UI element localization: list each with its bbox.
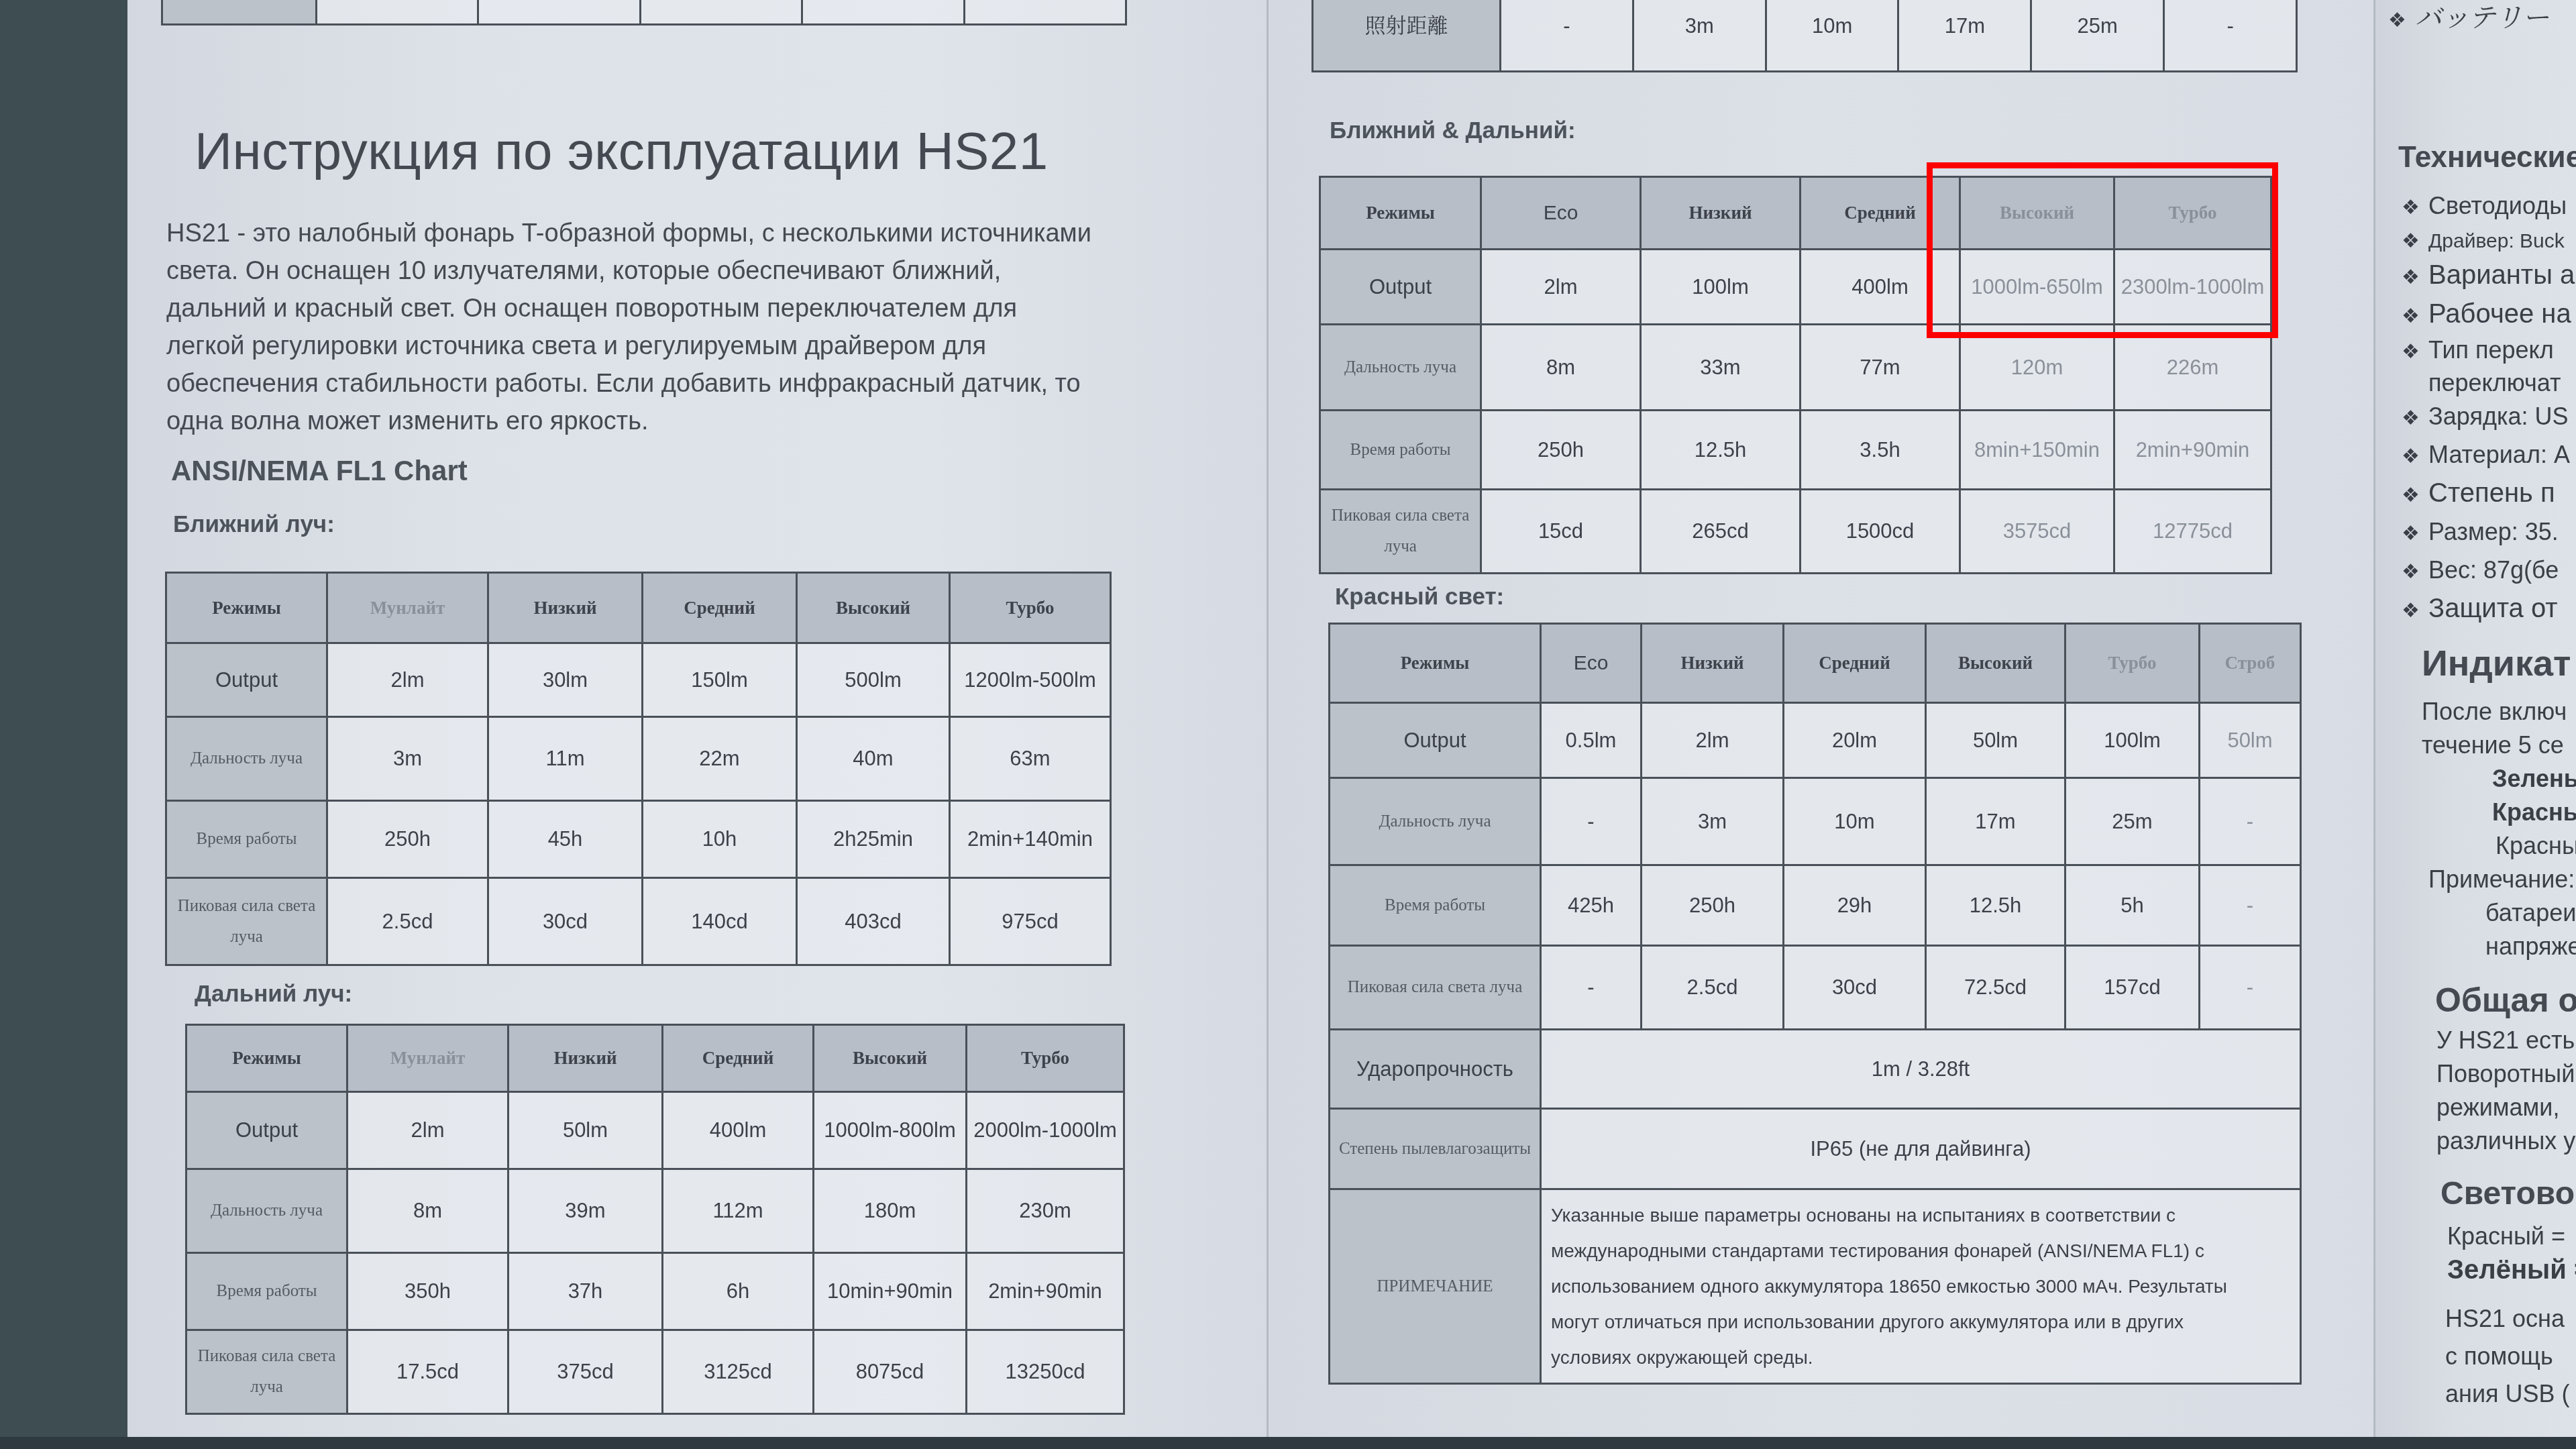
table-cell: 180m xyxy=(814,1169,967,1253)
indicator-section: После включ течение 5 се Зелены Красны К… xyxy=(2422,695,2576,963)
general-line: У HS21 есть xyxy=(2436,1024,2575,1057)
row-header: Output xyxy=(1330,703,1541,778)
table-cell: 150lm xyxy=(643,643,797,717)
row-header: Дальность луча xyxy=(1330,778,1541,865)
row-header: Время работы xyxy=(1320,411,1481,490)
table-row: Пиковая сила света луча 2.5cd 30cd 140cd… xyxy=(166,878,1111,965)
table-cell: 375cd xyxy=(508,1330,663,1414)
table-cell: 25m xyxy=(2065,778,2200,865)
diamond-bullet-icon: ❖ xyxy=(2388,3,2415,39)
spec-item: ❖Рабочее на xyxy=(2402,296,2575,335)
row-header: Пиковая сила света луча xyxy=(1320,490,1481,574)
row-header: Дальность луча xyxy=(166,717,327,801)
row-header: Пиковая сила света луча xyxy=(186,1330,347,1414)
column-header: Средний xyxy=(663,1025,814,1092)
column-header: Режимы xyxy=(166,573,327,643)
table-row: Дальность луча 3m 11m 22m 40m 63m xyxy=(166,717,1111,801)
table-cell: 72.5cd xyxy=(1926,946,2065,1030)
column-header: Средний xyxy=(1784,624,1926,703)
table-row: Дальность луча - 3m 10m 17m 25m - xyxy=(1330,778,2301,865)
charging-line: с помощь xyxy=(2445,1338,2570,1375)
table-cell: 500lm xyxy=(797,643,950,717)
table-cell: 157cd xyxy=(2065,946,2200,1030)
table-cell: 100lm xyxy=(1641,250,1801,325)
row-header: Output xyxy=(166,643,327,717)
table-cell: - xyxy=(1541,946,1642,1030)
table-cell: 15cd xyxy=(1481,490,1641,574)
chart-heading: ANSI/NEMA FL1 Chart xyxy=(171,455,468,487)
table-row: Время работы 425h 250h 29h 12.5h 5h - xyxy=(1330,865,2301,946)
table-row: Ударопрочность 1m / 3.28ft xyxy=(1330,1030,2301,1109)
note-line: Указанные выше параметры основаны на исп… xyxy=(1551,1197,2290,1233)
table-cell: 1m / 3.28ft xyxy=(1541,1030,2301,1109)
row-header: ПРИМЕЧАНИЕ xyxy=(1330,1189,1541,1384)
table-cell: 250h xyxy=(1481,411,1641,490)
note-cell: Указанные выше параметры основаны на исп… xyxy=(1541,1189,2301,1384)
diamond-bullet-icon: ❖ xyxy=(2402,260,2428,296)
row-header: Дальность луча xyxy=(186,1169,347,1253)
column-header: Мунлайт xyxy=(347,1025,508,1092)
near-far-heading: Ближний & Дальний: xyxy=(1330,117,1576,144)
table-cell: 20lm xyxy=(1784,703,1926,778)
table-cell: 403cd xyxy=(797,878,950,965)
row-header: Пиковая сила света луча xyxy=(166,878,327,965)
intro-line: обеспечения стабильности работы. Если до… xyxy=(166,365,1173,402)
table-cell: 3m xyxy=(1642,778,1784,865)
intro-line: одна волна может изменить его яркость. xyxy=(166,402,1173,440)
table-cell: 8min+150min xyxy=(1960,411,2114,490)
diamond-bullet-icon: ❖ xyxy=(2402,478,2428,514)
spec-item: ❖Защита от xyxy=(2402,590,2575,629)
near-beam-table: Режимы Мунлайт Низкий Средний Высокий Ту… xyxy=(165,572,1112,966)
column-header: Низкий xyxy=(488,573,643,643)
red-light-table: Режимы Eco Низкий Средний Высокий Турбо … xyxy=(1328,623,2302,1385)
column-header: Eco xyxy=(1541,624,1642,703)
fold-line xyxy=(2373,0,2375,1449)
table-cell: 33m xyxy=(1641,325,1801,411)
table-cell: 3m xyxy=(1633,0,1766,72)
indicator-line: Красны xyxy=(2422,796,2576,829)
table-cell: 12.5h xyxy=(1926,865,2065,946)
intro-line: света. Он оснащен 10 излучателями, котор… xyxy=(166,252,1173,290)
table-cell: 2min+140min xyxy=(950,801,1111,878)
spec-item: ❖Варианты а xyxy=(2402,257,2575,296)
table-cell: 50lm xyxy=(2200,703,2301,778)
table-surface xyxy=(0,1437,2576,1449)
table-cell: IP65 (не для дайвинга) xyxy=(1541,1109,2301,1189)
table-row: Время работы 350h 37h 6h 10min+90min 2mi… xyxy=(186,1253,1124,1330)
diamond-bullet-icon: ❖ xyxy=(2402,593,2428,629)
diamond-bullet-icon: ❖ xyxy=(2402,554,2428,590)
table-cell: 2.5cd xyxy=(1642,946,1784,1030)
table-cell: 10m xyxy=(1784,778,1926,865)
indicator-line: После включ xyxy=(2422,695,2576,729)
table-cell: 17m xyxy=(1926,778,2065,865)
column-header: Низкий xyxy=(1641,177,1801,250)
row-header: Время работы xyxy=(166,801,327,878)
general-heading: Общая о xyxy=(2435,981,2576,1020)
battery-bullet: ❖バッテリー xyxy=(2388,0,2549,39)
diamond-bullet-icon: ❖ xyxy=(2402,226,2428,257)
table-cell: 30cd xyxy=(1784,946,1926,1030)
note-line: могут отличаться при использовании друго… xyxy=(1551,1304,2290,1340)
table-cell: 10min+90min xyxy=(814,1253,967,1330)
far-right-content: ❖バッテリー Технические ❖Светодиоды ❖Драйвер:… xyxy=(2388,0,2576,1449)
table-row: Пиковая сила света луча 15cd 265cd 1500c… xyxy=(1320,490,2271,574)
table-cell: 2000lm-1000lm xyxy=(967,1092,1124,1169)
charging-section: HS21 осна с помощь ания USB ( xyxy=(2445,1300,2570,1413)
specs-list: ❖Светодиоды ❖Драйвер: Buck ❖Варианты а ❖… xyxy=(2402,188,2575,629)
diamond-bullet-icon: ❖ xyxy=(2402,337,2428,368)
spec-item: ❖Драйвер: Buck xyxy=(2402,226,2575,257)
table-cell: 30cd xyxy=(488,878,643,965)
column-header: Турбо xyxy=(950,573,1111,643)
table-cell: 50lm xyxy=(508,1092,663,1169)
diamond-bullet-icon: ❖ xyxy=(2402,190,2428,226)
table-cell: 140cd xyxy=(643,878,797,965)
table-cell: - xyxy=(2200,865,2301,946)
column-header: Высокий xyxy=(797,573,950,643)
near-beam-heading: Ближний луч: xyxy=(173,511,335,538)
row-header: Время работы xyxy=(1330,865,1541,946)
table-cell: - xyxy=(2200,946,2301,1030)
table-cell: 112m xyxy=(663,1169,814,1253)
column-header: Режимы xyxy=(186,1025,347,1092)
table-cell: - xyxy=(2164,0,2297,72)
row-header: Дальность луча xyxy=(1320,325,1481,411)
table-row: Output 2lm 50lm 400lm 1000lm-800lm 2000l… xyxy=(186,1092,1124,1169)
table-cell: 8m xyxy=(1481,325,1641,411)
table-cell: 400lm xyxy=(663,1092,814,1169)
row-header: Output xyxy=(186,1092,347,1169)
indicator-line: течение 5 се xyxy=(2422,729,2576,762)
table-cell: - xyxy=(2200,778,2301,865)
specs-heading: Технические xyxy=(2398,141,2576,174)
table-cell: 2lm xyxy=(327,643,488,717)
table-row: Дальность луча 8m 39m 112m 180m 230m xyxy=(186,1169,1124,1253)
table-cell: 25m xyxy=(2031,0,2164,72)
row-header: 照射距離 xyxy=(1313,0,1501,72)
table-cell: 8075cd xyxy=(814,1330,967,1414)
table-row: Output 2lm 30lm 150lm 500lm 1200lm-500lm xyxy=(166,643,1111,717)
intro-line: дальний и красный свет. Он оснащен повор… xyxy=(166,290,1173,327)
indicator-line: батареи xyxy=(2422,896,2576,930)
table-cell: 63m xyxy=(950,717,1111,801)
note-line: международными стандартами тестирования … xyxy=(1551,1233,2290,1269)
table-cell: 22m xyxy=(643,717,797,801)
table-cell: 350h xyxy=(347,1253,508,1330)
far-beam-table: Режимы Мунлайт Низкий Средний Высокий Ту… xyxy=(185,1024,1125,1415)
spec-item: ❖Размер: 35. xyxy=(2402,514,2575,552)
table-row: Пиковая сила света луча - 2.5cd 30cd 72.… xyxy=(1330,946,2301,1030)
indicator-heading: Индикат xyxy=(2422,643,2571,684)
table-cell: 1000lm-800lm xyxy=(814,1092,967,1169)
spec-item: ❖Тип перекл xyxy=(2402,335,2575,368)
row-header: Ударопрочность xyxy=(1330,1030,1541,1109)
column-header: Высокий xyxy=(814,1025,967,1092)
table-cell: 40m xyxy=(797,717,950,801)
row-header: Пиковая сила света луча xyxy=(1330,946,1541,1030)
table-cell: 1500cd xyxy=(1801,490,1960,574)
general-section: У HS21 есть Поворотный режимами, различн… xyxy=(2436,1024,2575,1158)
fold-line xyxy=(1267,0,1269,1449)
table-cell: 12.5h xyxy=(1641,411,1801,490)
light-line: Красный = xyxy=(2447,1220,2576,1253)
light-heading: Световой xyxy=(2440,1175,2576,1212)
column-header: Средний xyxy=(643,573,797,643)
spec-item: ❖Степень п xyxy=(2402,475,2575,514)
general-line: Поворотный xyxy=(2436,1057,2575,1091)
column-header: Турбо xyxy=(2065,624,2200,703)
table-cell: 2lm xyxy=(1642,703,1784,778)
charging-line: ания USB ( xyxy=(2445,1375,2570,1413)
column-header: Режимы xyxy=(1320,177,1481,250)
table-cell: 230m xyxy=(967,1169,1124,1253)
table-cell: 1200lm-500lm xyxy=(950,643,1111,717)
table-cell: 30lm xyxy=(488,643,643,717)
table-cell: 2min+90min xyxy=(967,1253,1124,1330)
table-cell: 2.5cd xyxy=(327,878,488,965)
highlight-box xyxy=(1927,162,2278,338)
column-header: Высокий xyxy=(1926,624,2065,703)
table-row: ПРИМЕЧАНИЕ Указанные выше параметры осно… xyxy=(1330,1189,2301,1384)
table-cell: 5h xyxy=(2065,865,2200,946)
table-cell: 10h xyxy=(643,801,797,878)
intro-line: HS21 - это налобный фонарь T-образной фо… xyxy=(166,215,1173,252)
table-row: Output 0.5lm 2lm 20lm 50lm 100lm 50lm xyxy=(1330,703,2301,778)
table-cell: 265cd xyxy=(1641,490,1801,574)
table-cell: 13250cd xyxy=(967,1330,1124,1414)
table-cell: 2lm xyxy=(1481,250,1641,325)
table-cell: 3m xyxy=(327,717,488,801)
table-cell: 17m xyxy=(1898,0,2031,72)
red-light-heading: Красный свет: xyxy=(1335,584,1504,610)
note-line: использованием одного аккумулятора 18650… xyxy=(1551,1269,2290,1304)
column-header: Мунлайт xyxy=(327,573,488,643)
diamond-bullet-icon: ❖ xyxy=(2402,516,2428,552)
jp-range-row: 照射距離 - 3m 10m 17m 25m - xyxy=(1311,0,2298,72)
table-row: Время работы 250h 45h 10h 2h25min 2min+1… xyxy=(166,801,1111,878)
table-cell: 0.5lm xyxy=(1541,703,1642,778)
column-header: Eco xyxy=(1481,177,1641,250)
diamond-bullet-icon: ❖ xyxy=(2402,439,2428,475)
page-title: Инструкция по эксплуатации HS21 xyxy=(195,121,1049,182)
column-header: Строб xyxy=(2200,624,2301,703)
table-cell: 45h xyxy=(488,801,643,878)
spec-item: ❖Зарядка: US xyxy=(2402,398,2575,437)
charging-line: HS21 осна xyxy=(2445,1300,2570,1338)
diamond-bullet-icon: ❖ xyxy=(2402,299,2428,335)
row-header: Output xyxy=(1320,250,1481,325)
table-row: Время работы 250h 12.5h 3.5h 8min+150min… xyxy=(1320,411,2271,490)
table-cell: 29h xyxy=(1784,865,1926,946)
diamond-bullet-icon: ❖ xyxy=(2402,400,2428,437)
intro-paragraph: HS21 - это налобный фонарь T-образной фо… xyxy=(166,215,1173,440)
spec-item-continued: переключат xyxy=(2402,368,2575,398)
table-cell: 17.5cd xyxy=(347,1330,508,1414)
table-cell: - xyxy=(1501,0,1633,72)
table-row: Степень пылевлагозащиты IP65 (не для дай… xyxy=(1330,1109,2301,1189)
indicator-line: Примечание: xyxy=(2422,863,2576,896)
far-beam-heading: Дальний луч: xyxy=(195,981,352,1008)
spec-item: ❖Материал: А xyxy=(2402,437,2575,475)
table-cell: 50lm xyxy=(1926,703,2065,778)
table-cell: - xyxy=(1541,778,1642,865)
table-cell: 8m xyxy=(347,1169,508,1253)
table-cell: 100lm xyxy=(2065,703,2200,778)
spec-item: ❖Вес: 87g(бе xyxy=(2402,552,2575,590)
column-header: Турбо xyxy=(967,1025,1124,1092)
table-cell: 425h xyxy=(1541,865,1642,946)
table-cell: 3575cd xyxy=(1960,490,2114,574)
table-cell: 2min+90min xyxy=(2114,411,2271,490)
table-cell: 250h xyxy=(327,801,488,878)
table-cell: 2h25min xyxy=(797,801,950,878)
column-header: Режимы xyxy=(1330,624,1541,703)
table-cell: 3125cd xyxy=(663,1330,814,1414)
general-line: различных у xyxy=(2436,1124,2575,1158)
column-header: Низкий xyxy=(508,1025,663,1092)
row-header: Время работы xyxy=(186,1253,347,1330)
table-cell: 6h xyxy=(663,1253,814,1330)
light-section: Красный = Зелёный = xyxy=(2447,1220,2576,1287)
indicator-line: Красны xyxy=(2422,829,2576,863)
indicator-line: напряже xyxy=(2422,930,2576,963)
table-cell: 975cd xyxy=(950,878,1111,965)
table-cell: 10m xyxy=(1766,0,1898,72)
table-cell: 39m xyxy=(508,1169,663,1253)
light-line: Зелёный = xyxy=(2447,1253,2576,1287)
table-cell: 12775cd xyxy=(2114,490,2271,574)
table-cell: 250h xyxy=(1642,865,1784,946)
spec-item: ❖Светодиоды xyxy=(2402,188,2575,226)
table-cell: 3.5h xyxy=(1801,411,1960,490)
table-row: Пиковая сила света луча 17.5cd 375cd 312… xyxy=(186,1330,1124,1414)
table-cell: 2lm xyxy=(347,1092,508,1169)
row-header: Степень пылевлагозащиты xyxy=(1330,1109,1541,1189)
table-cell: 11m xyxy=(488,717,643,801)
intro-line: легкой регулировки источника света и рег… xyxy=(166,327,1173,365)
column-header: Низкий xyxy=(1642,624,1784,703)
note-line: условиях окружающей среды. xyxy=(1551,1340,2290,1375)
general-line: режимами, xyxy=(2436,1091,2575,1124)
prev-table-remnant xyxy=(161,0,1127,25)
table-cell: 37h xyxy=(508,1253,663,1330)
indicator-line: Зелены xyxy=(2422,762,2576,796)
